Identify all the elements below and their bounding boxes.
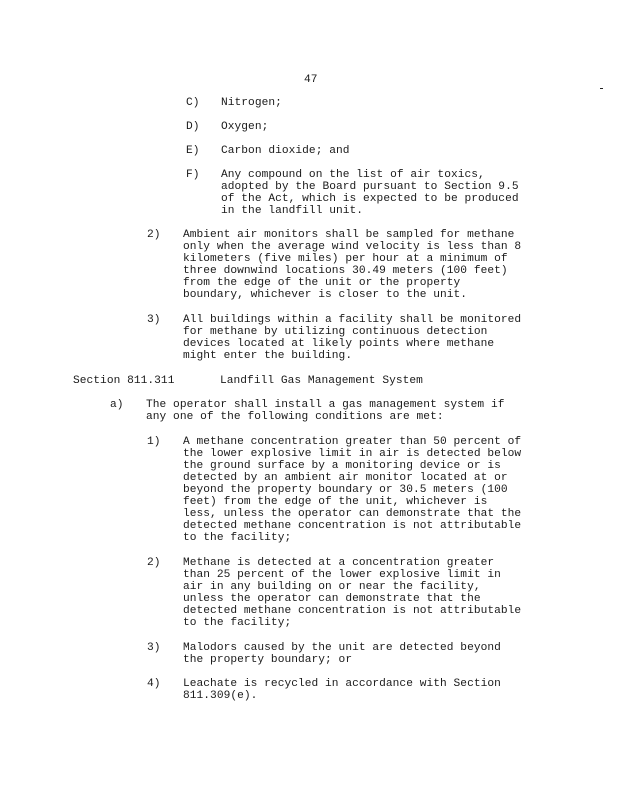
condition-4-line-1: Leachate is recycled in accordance with …	[183, 678, 501, 690]
section-title: Landfill Gas Management System	[220, 375, 423, 387]
page-number: 47	[304, 74, 318, 86]
subsection-label-a: a)	[110, 399, 124, 411]
condition-1-line-6: feet) from the edge of the unit, whichev…	[183, 496, 487, 508]
item-label-2: 2)	[147, 229, 161, 241]
item-text-f-line-4: in the landfill unit.	[221, 205, 363, 217]
condition-1-line-5: beyond the property boundary or 30.5 met…	[183, 484, 508, 496]
condition-3-line-1: Malodors caused by the unit are detected…	[183, 642, 501, 654]
condition-1-line-3: the ground surface by a monitoring devic…	[183, 460, 501, 472]
item-text-2-line-1: Ambient air monitors shall be sampled fo…	[183, 229, 514, 241]
condition-4-line-2: 811.309(e).	[183, 690, 257, 702]
item-label-c: C)	[186, 97, 200, 109]
item-text-3-line-3: devices located at likely points where m…	[183, 338, 494, 350]
condition-2-line-4: unless the operator can demonstrate that…	[183, 593, 481, 605]
condition-label-3: 3)	[147, 642, 161, 654]
condition-3-line-2: the property boundary; or	[183, 654, 352, 666]
item-label-f: F)	[186, 169, 200, 181]
condition-1-line-2: the lower explosive limit in air is dete…	[183, 448, 521, 460]
condition-label-2: 2)	[147, 557, 161, 569]
condition-2-line-1: Methane is detected at a concentration g…	[183, 557, 494, 569]
condition-2-line-6: to the facility;	[183, 617, 291, 629]
scan-speck	[600, 88, 603, 89]
condition-label-1: 1)	[147, 436, 161, 448]
item-text-f-line-3: of the Act, which is expected to be prod…	[221, 193, 519, 205]
condition-1-line-1: A methane concentration greater than 50 …	[183, 436, 521, 448]
condition-2-line-2: than 25 percent of the lower explosive l…	[183, 569, 501, 581]
item-text-2-line-3: kilometers (five miles) per hour at a mi…	[183, 253, 508, 265]
item-text-2-line-2: only when the average wind velocity is l…	[183, 241, 521, 253]
item-text-2-line-4: three downwind locations 30.49 meters (1…	[183, 265, 508, 277]
condition-label-4: 4)	[147, 678, 161, 690]
item-label-3: 3)	[147, 314, 161, 326]
condition-2-line-5: detected methane concentration is not at…	[183, 605, 521, 617]
item-text-d: Oxygen;	[221, 121, 268, 133]
item-text-3-line-1: All buildings within a facility shall be…	[183, 314, 521, 326]
condition-2-line-3: air in any building on or near the facil…	[183, 581, 481, 593]
condition-1-line-9: to the facility;	[183, 532, 291, 544]
item-text-3-line-2: for methane by utilizing continuous dete…	[183, 326, 487, 338]
condition-1-line-7: less, unless the operator can demonstrat…	[183, 508, 521, 520]
item-text-f-line-2: adopted by the Board pursuant to Section…	[221, 181, 519, 193]
condition-1-line-4: detected by an ambient air monitor locat…	[183, 472, 508, 484]
subsection-a-line-1: The operator shall install a gas managem…	[146, 399, 504, 411]
item-text-e: Carbon dioxide; and	[221, 145, 350, 157]
item-text-3-line-4: might enter the building.	[183, 350, 352, 362]
item-label-e: E)	[186, 145, 200, 157]
item-label-d: D)	[186, 121, 200, 133]
item-text-f-line-1: Any compound on the list of air toxics,	[221, 169, 485, 181]
item-text-2-line-5: from the edge of the unit or the propert…	[183, 277, 460, 289]
item-text-c: Nitrogen;	[221, 97, 282, 109]
condition-1-line-8: detected methane concentration is not at…	[183, 520, 521, 532]
item-text-2-line-6: boundary, whichever is closer to the uni…	[183, 289, 467, 301]
section-number: Section 811.311	[73, 375, 174, 387]
subsection-a-line-2: any one of the following conditions are …	[146, 411, 444, 423]
